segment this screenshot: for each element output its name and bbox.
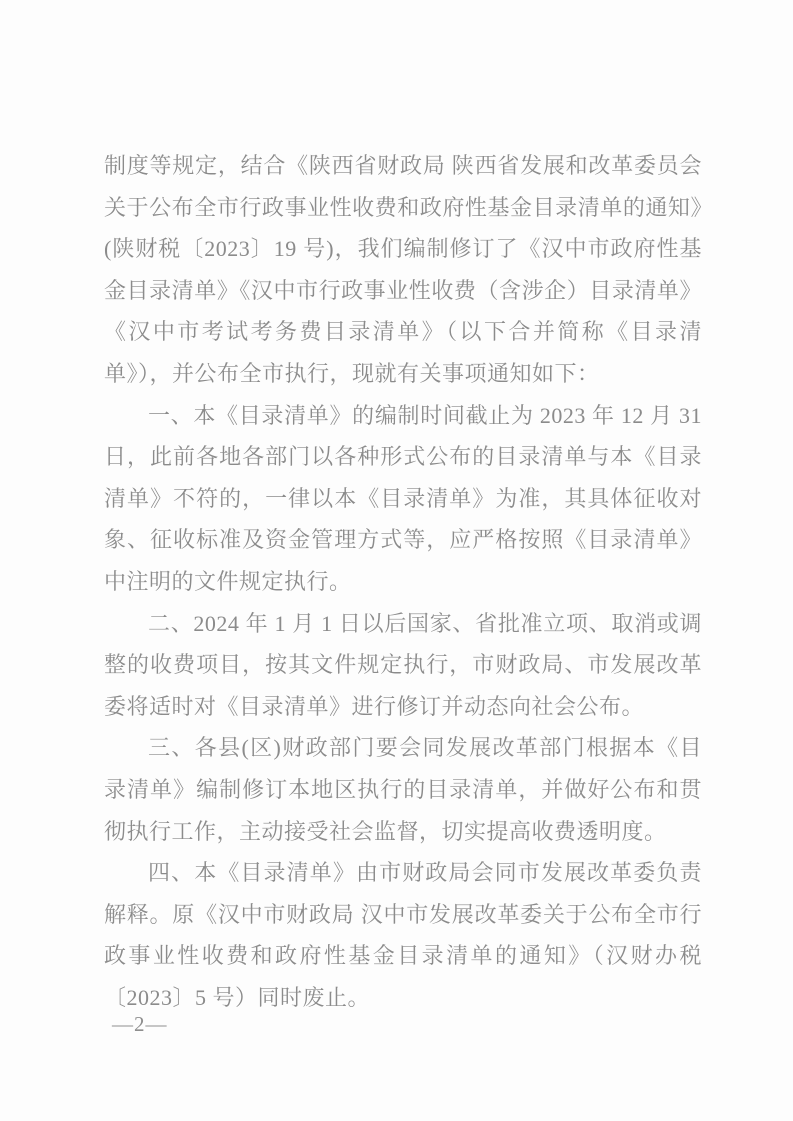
document-body: 制度等规定，结合《陕西省财政局 陕西省发展和改革委员会关于公布全市行政事业性收费… [104, 145, 702, 1018]
paragraph-item-2: 二、2024 年 1 月 1 日以后国家、省批准立项、取消或调整的收费项目，按其… [104, 603, 702, 728]
paragraph-item-3: 三、各县(区)财政部门要会同发展改革部门根据本《目录清单》编制修订本地区执行的目… [104, 727, 702, 852]
document-page: 制度等规定，结合《陕西省财政局 陕西省发展和改革委员会关于公布全市行政事业性收费… [0, 0, 793, 1121]
paragraph-item-4: 四、本《目录清单》由市财政局会同市发展改革委负责解释。原《汉中市财政局 汉中市发… [104, 852, 702, 1018]
paragraph-item-1: 一、本《目录清单》的编制时间截止为 2023 年 12 月 31 日，此前各地各… [104, 395, 702, 603]
paragraph-continuation: 制度等规定，结合《陕西省财政局 陕西省发展和改革委员会关于公布全市行政事业性收费… [104, 145, 702, 395]
page-number: —2— [112, 1012, 168, 1037]
